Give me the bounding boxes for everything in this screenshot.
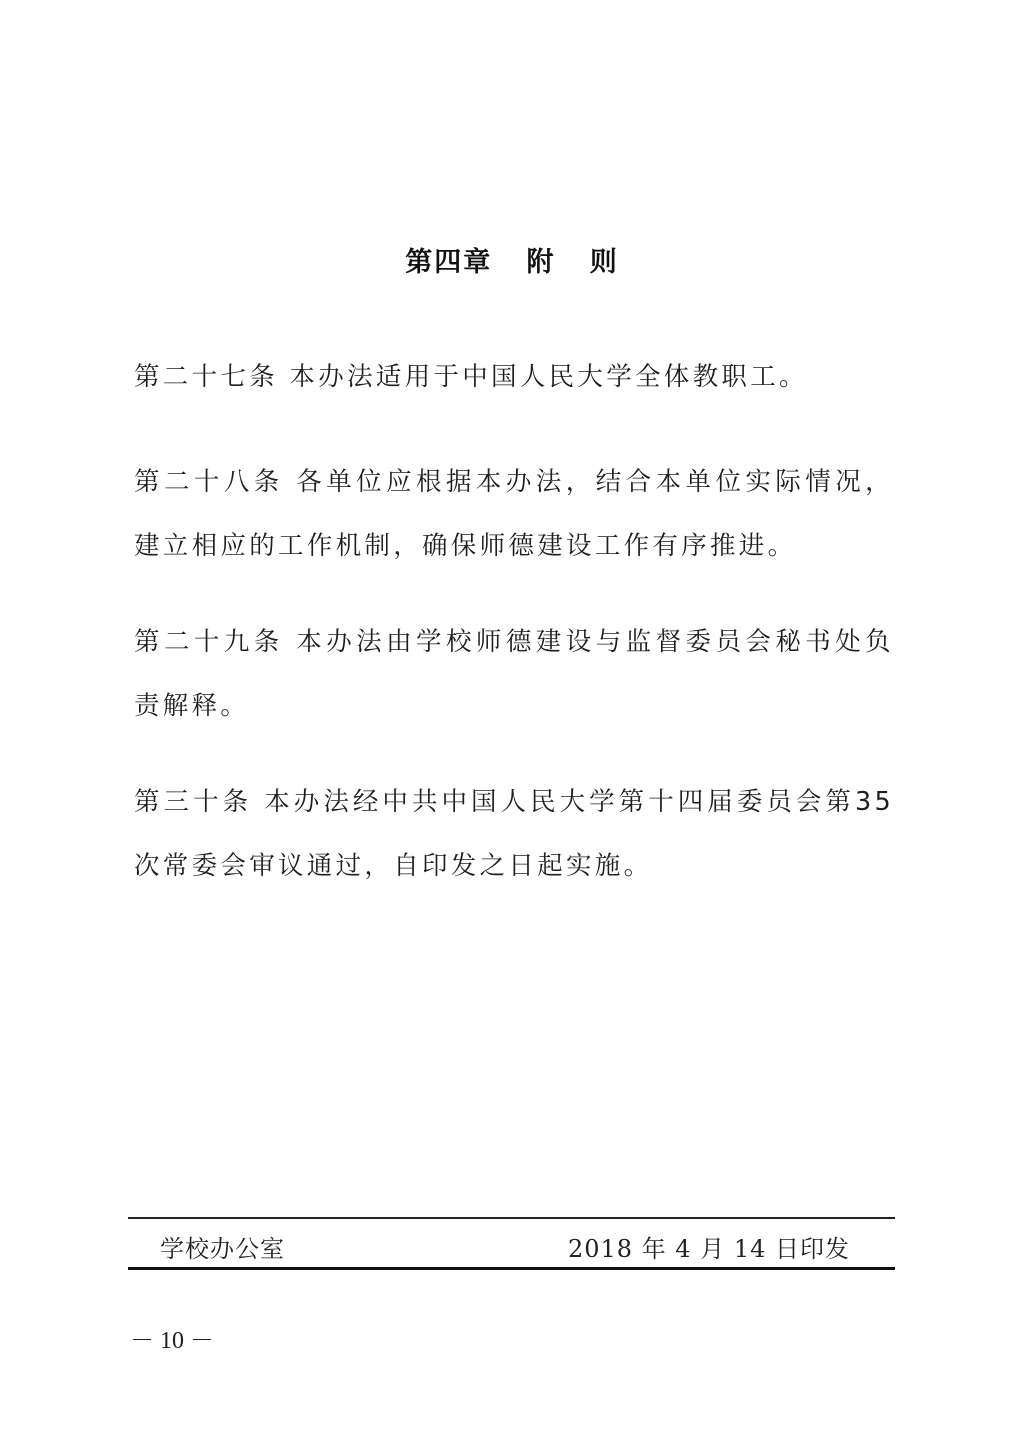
- page-number: － 10 －: [130, 1320, 214, 1355]
- footer-issue-date: 2018 年 4 月 14 日印发: [568, 1229, 850, 1264]
- article-30: 第三十条 本办法经中共中国人民大学第十四届委员会第35次常委会审议通过，自印发之…: [134, 770, 894, 898]
- footer-issuer: 学校办公室: [160, 1229, 285, 1264]
- article-28: 第二十八条 各单位应根据本办法，结合本单位实际情况，建立相应的工作机制，确保师德…: [134, 450, 894, 578]
- footer-divider-bottom: [128, 1267, 895, 1270]
- footer-divider-top: [128, 1217, 895, 1219]
- article-27: 第二十七条 本办法适用于中国人民大学全体教职工。: [134, 345, 894, 409]
- article-29: 第二十九条 本办法由学校师德建设与监督委员会秘书处负责解释。: [134, 610, 894, 738]
- chapter-title: 第四章 附 则: [0, 240, 1024, 279]
